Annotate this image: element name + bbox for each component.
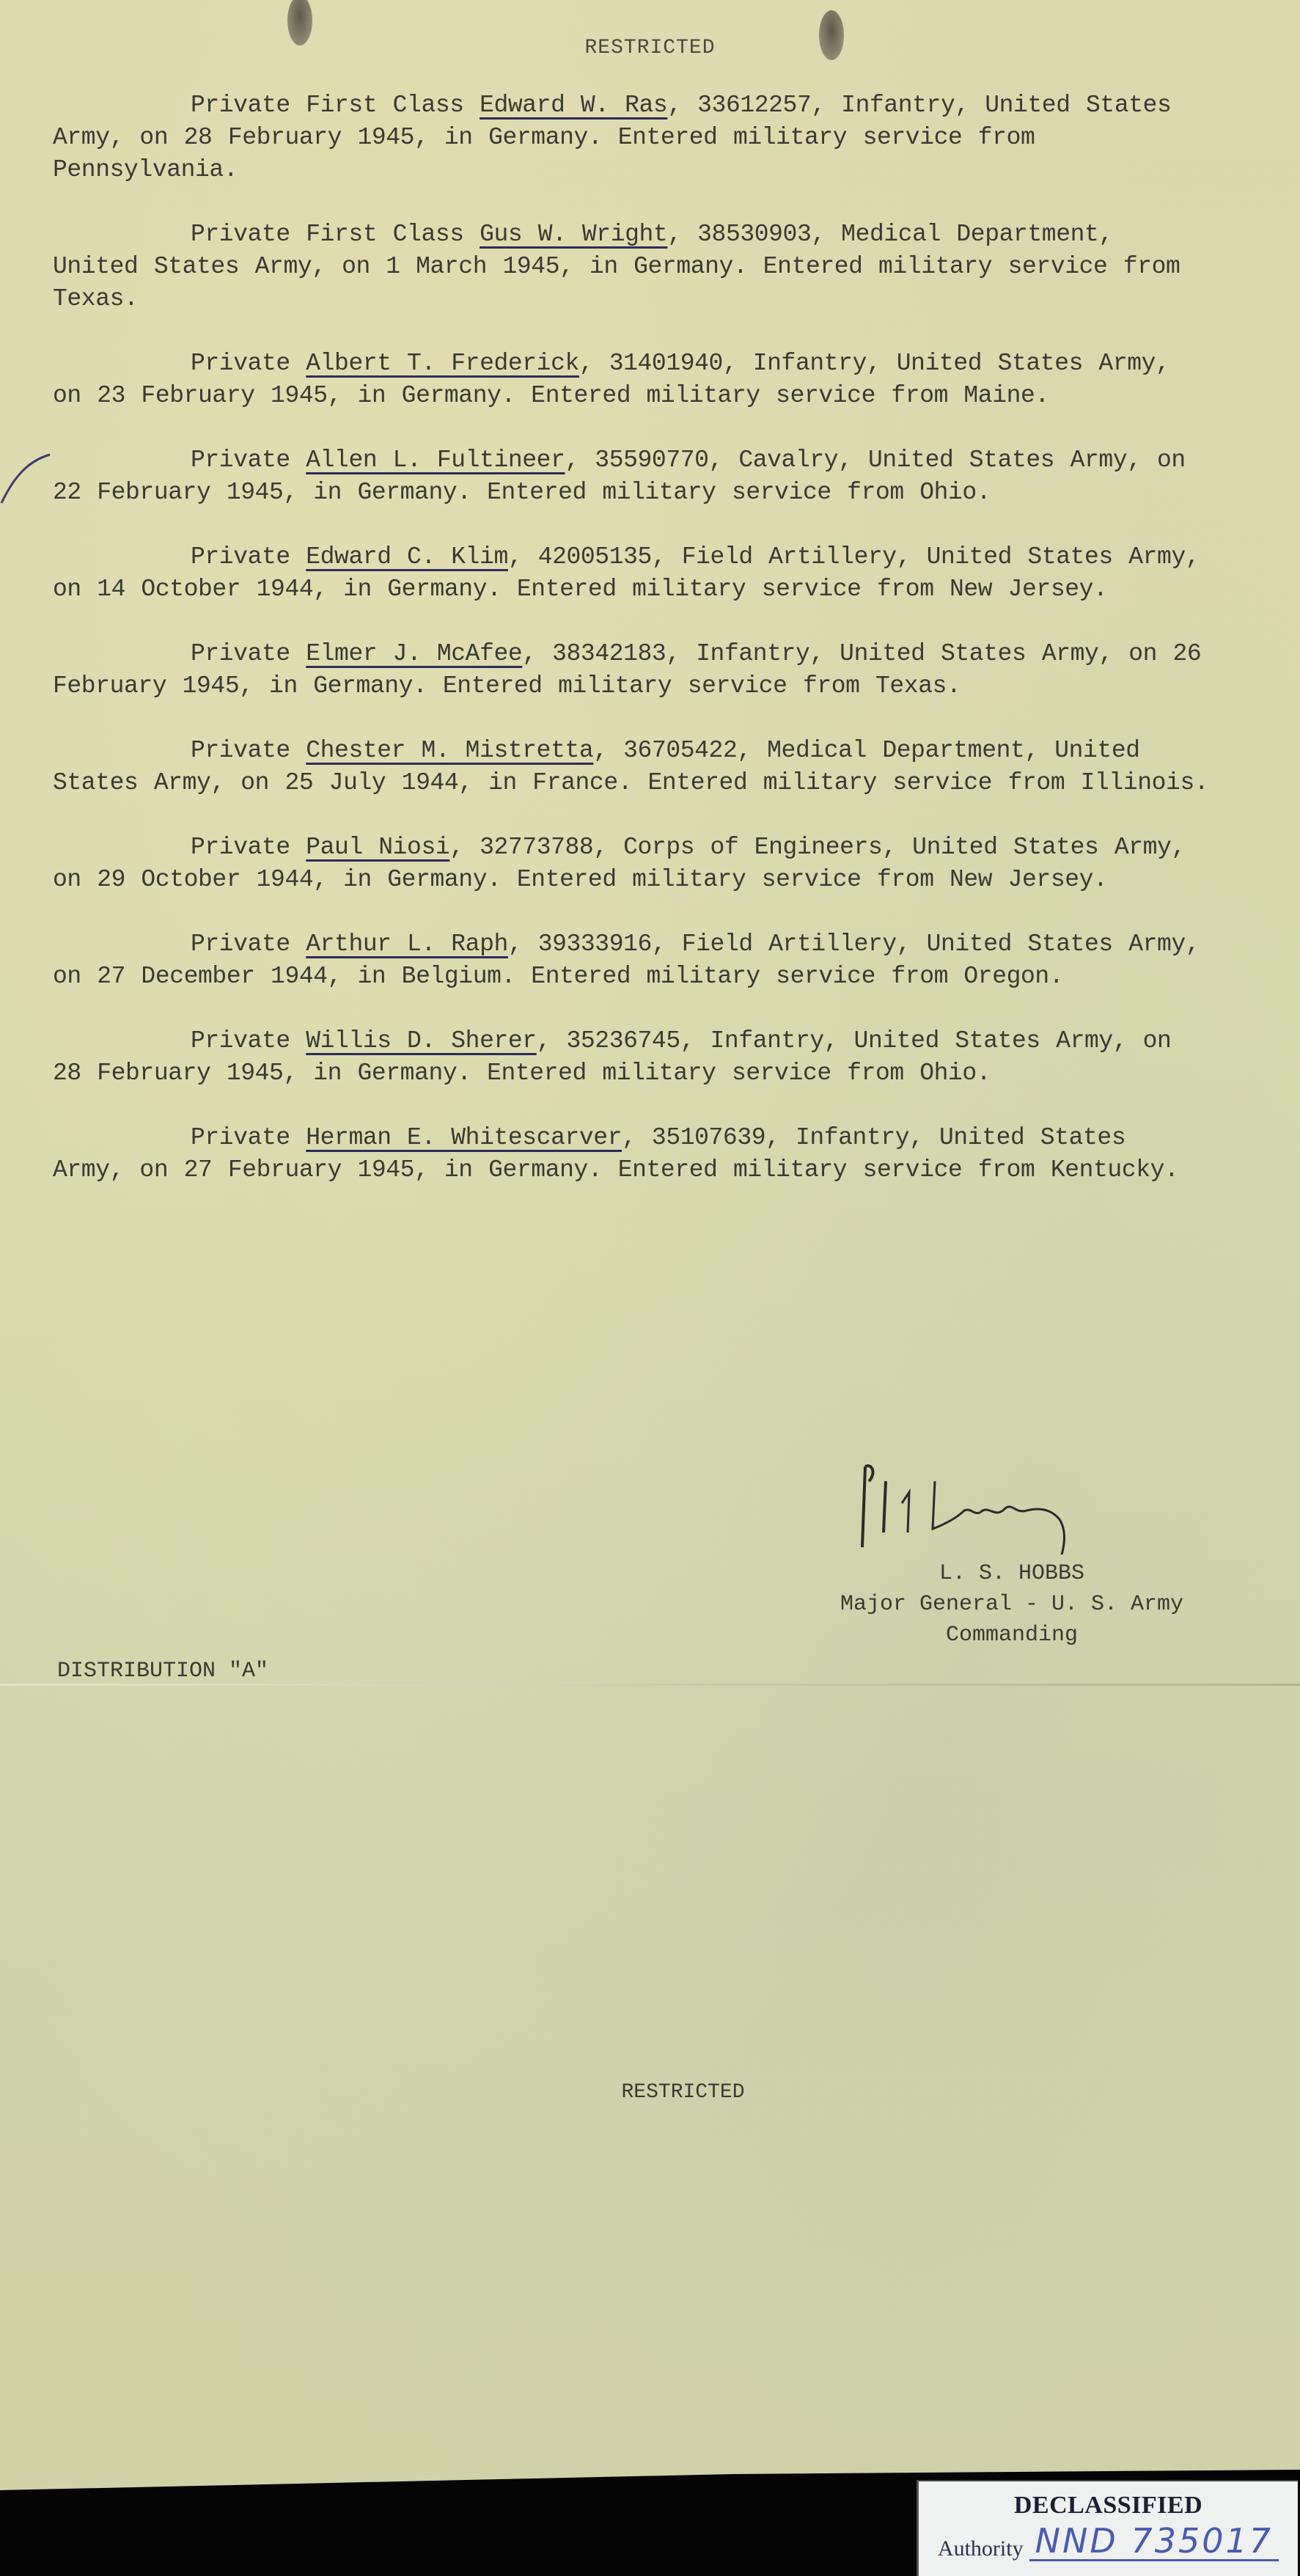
entry-name: Albert T. Frederick bbox=[306, 350, 579, 377]
declassified-stamp: DECLASSIFIED Authority NND 735017 bbox=[917, 2480, 1298, 2576]
entry-rank: Private bbox=[191, 543, 290, 570]
classification-footer: RESTRICTED bbox=[0, 2081, 1300, 2104]
entry-rank: Private bbox=[191, 1027, 290, 1054]
entry-rank: Private bbox=[191, 834, 290, 861]
entry-rank: Private bbox=[191, 640, 290, 667]
list-item: Private Edward C. Klim, 42005135, Field … bbox=[53, 541, 1211, 606]
entry-name: Edward C. Klim bbox=[306, 543, 508, 570]
entry-name: Arthur L. Raph bbox=[306, 931, 508, 958]
list-item: Private First Class Edward W. Ras, 33612… bbox=[53, 89, 1211, 186]
list-item: Private Willis D. Sherer, 35236745, Infa… bbox=[53, 1025, 1211, 1090]
list-item: Private Arthur L. Raph, 39333916, Field … bbox=[53, 928, 1211, 993]
stamp-title: DECLASSIFIED bbox=[919, 2492, 1298, 2520]
paper-fold-divider bbox=[0, 1684, 1300, 1686]
entry-name: Paul Niosi bbox=[306, 834, 449, 861]
list-item: Private Allen L. Fultineer, 35590770, Ca… bbox=[53, 444, 1211, 509]
entry-name: Herman E. Whitescarver bbox=[306, 1124, 622, 1151]
entry-rank: Private First Class bbox=[191, 92, 464, 119]
list-item: Private Paul Niosi, 32773788, Corps of E… bbox=[53, 832, 1211, 896]
stamp-authority-label: Authority bbox=[938, 2536, 1024, 2561]
entry-rank: Private bbox=[191, 737, 290, 764]
list-item: Private Chester M. Mistretta, 36705422, … bbox=[53, 735, 1211, 799]
casualty-entries-list: Private First Class Edward W. Ras, 33612… bbox=[53, 89, 1211, 1219]
entry-rank: Private bbox=[191, 447, 290, 474]
signatory-name: L. S. HOBBS bbox=[763, 1558, 1261, 1589]
list-item: Private Albert T. Frederick, 31401940, I… bbox=[53, 348, 1211, 412]
entry-name: Chester M. Mistretta bbox=[306, 737, 593, 764]
handwritten-signature-icon bbox=[763, 1437, 1261, 1555]
classification-header: RESTRICTED bbox=[0, 37, 1300, 59]
list-item: Private First Class Gus W. Wright, 38530… bbox=[53, 219, 1211, 315]
entry-rank: Private bbox=[191, 1124, 290, 1151]
entry-name: Gus W. Wright bbox=[480, 221, 667, 248]
entry-name: Edward W. Ras bbox=[480, 92, 667, 119]
signature-block: L. S. HOBBS Major General - U. S. Army C… bbox=[763, 1437, 1261, 1651]
list-item: Private Herman E. Whitescarver, 35107639… bbox=[53, 1122, 1211, 1186]
list-item: Private Elmer J. McAfee, 38342183, Infan… bbox=[53, 638, 1211, 702]
stamp-authority-value: NND 735017 bbox=[1029, 2522, 1279, 2561]
entry-name: Elmer J. McAfee bbox=[306, 640, 522, 667]
pen-check-mark-icon bbox=[0, 446, 59, 504]
entry-rank: Private bbox=[191, 350, 290, 377]
distribution-line: DISTRIBUTION "A" bbox=[57, 1659, 268, 1684]
entry-rank: Private First Class bbox=[191, 221, 464, 248]
entry-name: Willis D. Sherer bbox=[306, 1027, 536, 1054]
signatory-role: Commanding bbox=[763, 1620, 1261, 1651]
entry-name: Allen L. Fultineer bbox=[306, 447, 565, 474]
stamp-authority-row: Authority NND 735017 bbox=[919, 2522, 1298, 2561]
entry-rank: Private bbox=[191, 931, 290, 958]
signatory-title: Major General - U. S. Army bbox=[763, 1589, 1261, 1620]
